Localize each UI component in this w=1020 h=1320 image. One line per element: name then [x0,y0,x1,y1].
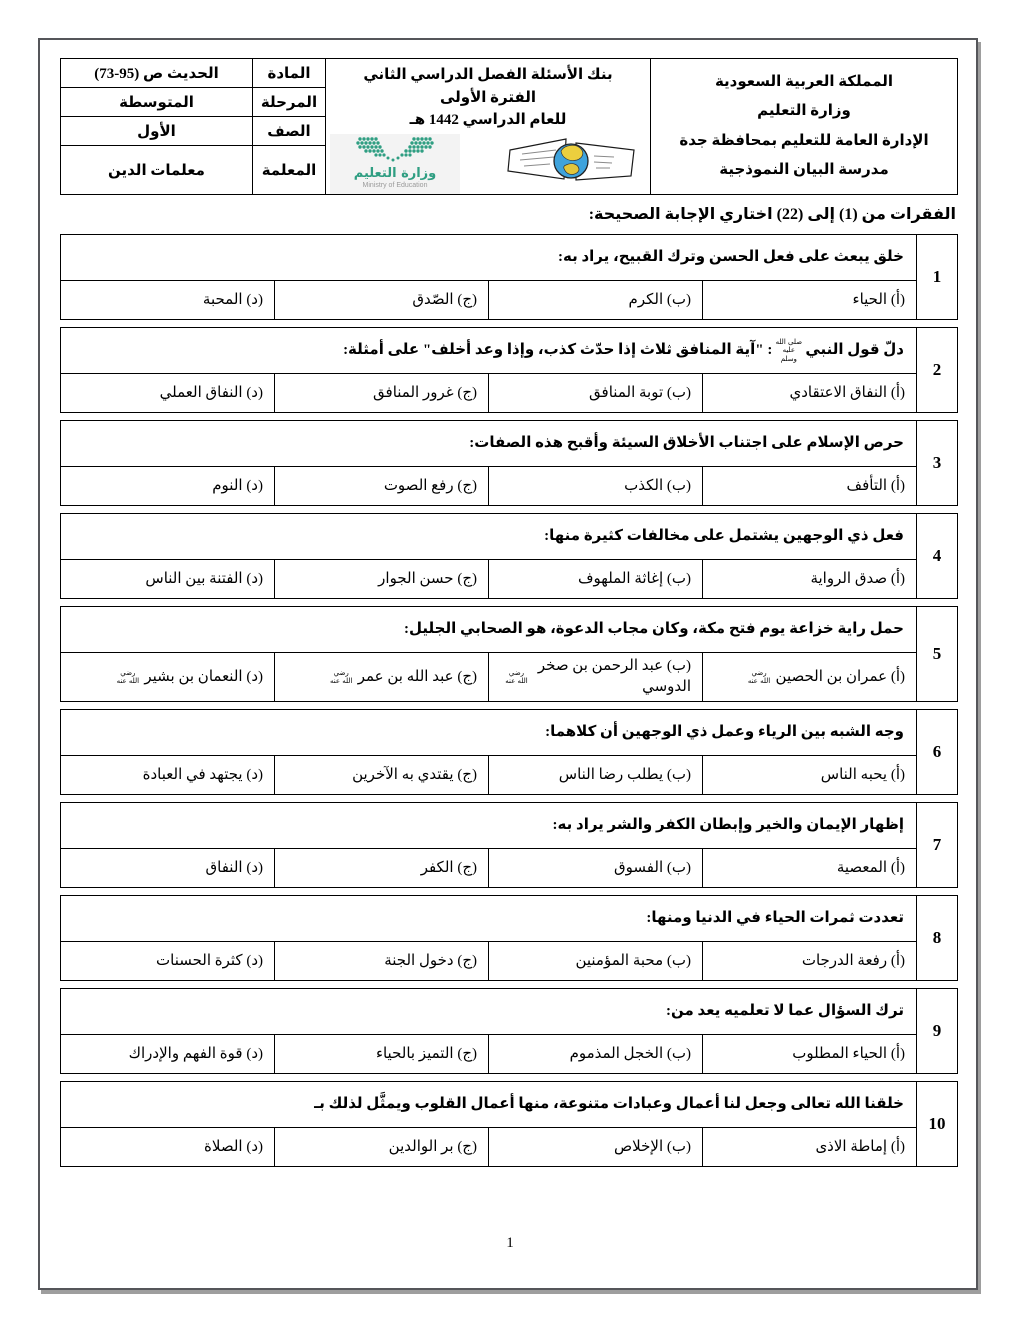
question-text: فعل ذي الوجهين يشتمل على مخالفات كثيرة م… [61,514,916,560]
exam-title-line: بنك الأسئلة الفصل الدراسي الثاني [330,64,646,87]
option-d: (د) كثرة الحسنات [61,942,274,980]
option-b: (ب) توبة المنافق [488,374,702,412]
option-c: (ج) الصّدق [274,281,488,319]
option-b: (ب) يطلب رضا الناس [488,756,702,794]
option-d: (د) النفاق العملي [61,374,274,412]
option-c: (ج) غرور المنافق [274,374,488,412]
option-b: (ب) إغاثة الملهوف [488,560,702,598]
question-options: (أ) يحبه الناس (ب) يطلب رضا الناس (ج) يق… [61,756,916,794]
option-b: (ب) محبة المؤمنين [488,942,702,980]
info-label-subject: المادة [253,59,326,88]
question-block-5: 5 حمل راية خزاعة يوم فتح مكة، وكان مجاب … [60,606,958,702]
question-options: (أ) الحياء المطلوب (ب) الخجل المذموم (ج)… [61,1035,916,1073]
question-block-6: 6 وجه الشبه بين الرياء وعمل ذي الوجهين أ… [60,709,958,795]
question-body: خلقنا الله تعالى وجعل لنا أعمال وعبادات … [61,1082,916,1166]
companion-honorific-icon: رضي الله عنه [328,669,355,685]
question-body: فعل ذي الوجهين يشتمل على مخالفات كثيرة م… [61,514,916,598]
globe-banners-icon [502,134,638,190]
option-text: (ب) عبد الرحمن بن صخر الدوسي [533,656,691,698]
ministry-line: وزارة التعليم [655,97,953,126]
companion-honorific-icon: رضي الله عنه [746,669,773,685]
question-body: إظهار الإيمان والخير وإبطان الكفر والشر … [61,803,916,887]
question-text: حمل راية خزاعة يوم فتح مكة، وكان مجاب ال… [61,607,916,653]
option-a: (أ) المعصية [702,849,916,887]
question-number: 6 [916,710,957,794]
ministry-of-education-logo: وزارة التعليم Ministry of Education [330,134,460,194]
exam-info: بنك الأسئلة الفصل الدراسي الثاني الفترة … [326,59,651,195]
question-options: (أ) رفعة الدرجات (ب) محبة المؤمنين (ج) د… [61,942,916,980]
info-value-stage: المتوسطة [61,88,253,117]
instruction-line: الفقرات من (1) إلى (22) اختاري الإجابة ا… [60,204,956,224]
question-number: 4 [916,514,957,598]
question-text: إظهار الإيمان والخير وإبطان الكفر والشر … [61,803,916,849]
option-d: (د) يجتهد في العبادة [61,756,274,794]
question-block-2: 2 دلّ قول النبي صلى الله عليه وسلم : "آي… [60,327,958,413]
option-d: (د) الصلاة [61,1128,274,1166]
question-block-10: 10 خلقنا الله تعالى وجعل لنا أعمال وعباد… [60,1081,958,1167]
companion-honorific-icon: رضي الله عنه [114,669,141,685]
question-options: (أ) التأفف (ب) الكذب (ج) رفع الصوت (د) ا… [61,467,916,505]
question-text-end: : "آية المنافق ثلاث إذا حدّث كذب، وإذا و… [343,340,772,362]
exam-title-line: الفترة الأولى [330,87,646,110]
option-c: (ج) الكفر [274,849,488,887]
option-a: (أ) الحياء المطلوب [702,1035,916,1073]
companion-honorific-icon: رضي الله عنه [503,669,530,685]
option-a: (أ) عمران بن الحصين رضي الله عنه [702,653,916,701]
option-c: (ج) عبد الله بن عمر رضي الله عنه [274,653,488,701]
question-options: (أ) الحياء (ب) الكرم (ج) الصّدق (د) المح… [61,281,916,319]
questions-list: 1 خلق يبعث على فعل الحسن وترك القبيح، ير… [60,234,958,1167]
question-text: ترك السؤال عما لا تعلميه يعد من: [61,989,916,1035]
option-c: (ج) حسن الجوار [274,560,488,598]
option-c: (ج) التميز بالحياء [274,1035,488,1073]
option-b: (ب) الفسوق [488,849,702,887]
option-c: (ج) دخول الجنة [274,942,488,980]
question-number: 2 [916,328,957,412]
question-text-start: دلّ قول النبي [805,340,904,362]
question-options: (أ) إماطة الاذى (ب) الإخلاص (ج) بر الوال… [61,1128,916,1166]
question-number: 1 [916,235,957,319]
question-block-1: 1 خلق يبعث على فعل الحسن وترك القبيح، ير… [60,234,958,320]
prophet-honorific-icon: صلى الله عليه وسلم [775,338,802,362]
info-label-grade: الصف [253,117,326,146]
page-content: المملكة العربية السعودية وزارة التعليم ا… [40,40,978,1167]
option-a: (أ) صدق الرواية [702,560,916,598]
question-text: وجه الشبه بين الرياء وعمل ذي الوجهين أن … [61,710,916,756]
option-d: (د) النفاق [61,849,274,887]
moe-palm-dots-icon [350,136,440,162]
option-c: (ج) يقتدي به الآخرين [274,756,488,794]
ministry-line: المملكة العربية السعودية [655,68,953,97]
moe-logo-arabic-text: وزارة التعليم [330,167,460,181]
question-block-4: 4 فعل ذي الوجهين يشتمل على مخالفات كثيرة… [60,513,958,599]
question-number: 7 [916,803,957,887]
info-label-stage: المرحلة [253,88,326,117]
option-a: (أ) النفاق الاعتقادي [702,374,916,412]
option-b: (ب) عبد الرحمن بن صخر الدوسي رضي الله عن… [488,653,702,701]
header-table: المملكة العربية السعودية وزارة التعليم ا… [60,58,958,195]
option-d: (د) النوم [61,467,274,505]
question-text: حرص الإسلام على اجتناب الأخلاق السيئة وأ… [61,421,916,467]
option-a: (أ) يحبه الناس [702,756,916,794]
question-body: حرص الإسلام على اجتناب الأخلاق السيئة وأ… [61,421,916,505]
question-number: 5 [916,607,957,701]
question-body: دلّ قول النبي صلى الله عليه وسلم : "آية … [61,328,916,412]
question-text: دلّ قول النبي صلى الله عليه وسلم : "آية … [61,328,916,374]
question-options: (أ) عمران بن الحصين رضي الله عنه (ب) عبد… [61,653,916,701]
option-a: (أ) رفعة الدرجات [702,942,916,980]
question-text: خلق يبعث على فعل الحسن وترك القبيح، يراد… [61,235,916,281]
option-c: (ج) بر الوالدين [274,1128,488,1166]
option-b: (ب) الخجل المذموم [488,1035,702,1073]
ministry-line: مدرسة البيان النموذجية [655,156,953,185]
question-block-8: 8 تعددت ثمرات الحياء في الدنيا ومنها: (أ… [60,895,958,981]
option-d: (د) النعمان بن بشير رضي الله عنه [61,653,274,701]
question-options: (أ) النفاق الاعتقادي (ب) توبة المنافق (ج… [61,374,916,412]
option-text: (ج) عبد الله بن عمر [358,667,477,688]
question-number: 8 [916,896,957,980]
option-b: (ب) الكرم [488,281,702,319]
exam-page: المملكة العربية السعودية وزارة التعليم ا… [0,0,1020,1320]
question-body: خلق يبعث على فعل الحسن وترك القبيح، يراد… [61,235,916,319]
option-text: (د) النعمان بن بشير [144,667,263,688]
option-b: (ب) الإخلاص [488,1128,702,1166]
question-options: (أ) صدق الرواية (ب) إغاثة الملهوف (ج) حس… [61,560,916,598]
question-block-3: 3 حرص الإسلام على اجتناب الأخلاق السيئة … [60,420,958,506]
question-body: تعددت ثمرات الحياء في الدنيا ومنها: (أ) … [61,896,916,980]
question-block-9: 9 ترك السؤال عما لا تعلميه يعد من: (أ) ا… [60,988,958,1074]
info-value-grade: الأول [61,117,253,146]
question-number: 9 [916,989,957,1073]
info-label-teacher: المعلمة [253,146,326,195]
info-value-teacher: معلمات الدين [61,146,253,195]
option-d: (د) قوة الفهم والإدراك [61,1035,274,1073]
ministry-line: الإدارة العامة للتعليم بمحافظة جدة [655,127,953,156]
question-body: وجه الشبه بين الرياء وعمل ذي الوجهين أن … [61,710,916,794]
question-number: 10 [916,1082,957,1166]
question-block-7: 7 إظهار الإيمان والخير وإبطان الكفر والش… [60,802,958,888]
question-number: 3 [916,421,957,505]
exam-title-line: للعام الدراسي 1442 هـ [330,109,646,132]
option-b: (ب) الكذب [488,467,702,505]
option-d: (د) المحبة [61,281,274,319]
option-text: (أ) عمران بن الحصين [776,667,905,688]
option-d: (د) الفتنة بين الناس [61,560,274,598]
moe-logo-english-text: Ministry of Education [330,182,460,190]
info-value-subject: الحديث ص (95-73) [61,59,253,88]
page-number: 1 [0,1235,1020,1252]
option-a: (أ) الحياء [702,281,916,319]
question-text: تعددت ثمرات الحياء في الدنيا ومنها: [61,896,916,942]
question-body: ترك السؤال عما لا تعلميه يعد من: (أ) الح… [61,989,916,1073]
option-a: (أ) إماطة الاذى [702,1128,916,1166]
exam-title: بنك الأسئلة الفصل الدراسي الثاني الفترة … [330,60,646,132]
question-text: خلقنا الله تعالى وجعل لنا أعمال وعبادات … [61,1082,916,1128]
question-body: حمل راية خزاعة يوم فتح مكة، وكان مجاب ال… [61,607,916,701]
ministry-info: المملكة العربية السعودية وزارة التعليم ا… [651,59,958,195]
option-c: (ج) رفع الصوت [274,467,488,505]
question-options: (أ) المعصية (ب) الفسوق (ج) الكفر (د) الن… [61,849,916,887]
option-a: (أ) التأفف [702,467,916,505]
